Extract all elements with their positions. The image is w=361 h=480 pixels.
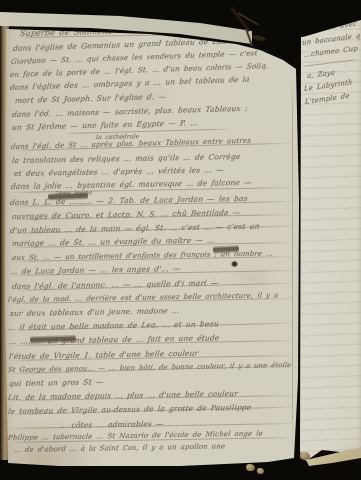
paper-crumb [257, 468, 264, 474]
manuscript-line: L'temple de [305, 92, 350, 106]
manuscript-line: Minerve avec [306, 20, 357, 34]
page-crease-line [292, 72, 293, 456]
manuscript-line: et deux évangélistes … d'après … vérités… [13, 165, 224, 178]
manuscript-line: a, Zaya [307, 69, 335, 81]
manuscript-line: sur deux tableaux d'un jeune, madone … [9, 306, 180, 318]
manuscript-line: qui tient un gros St — [8, 377, 104, 388]
ink-blot [231, 261, 238, 267]
manuscript-line: mort de St Joseph. Sur l'église d. — [14, 92, 166, 105]
manuscript-line: …chamea Cup [304, 44, 358, 59]
handwritten-rule-line [302, 59, 359, 67]
manuscript-line: … de d'abord … à la Saint Cos, il y a un… [14, 442, 226, 454]
manuscript-line: dans l'éd. … maisons — sacristie, plus. … [11, 104, 248, 119]
paper-crumb [246, 464, 255, 471]
twig-debris-icon [251, 34, 266, 42]
paper-crumb [300, 452, 310, 460]
manuscript-photo: Le nouvella et livre … Superbe de Solimè… [0, 0, 361, 480]
manuscript-line: la translation des reliques … mais qu'il… [11, 152, 241, 165]
manuscript-line: Le Labyrinth [304, 78, 353, 93]
